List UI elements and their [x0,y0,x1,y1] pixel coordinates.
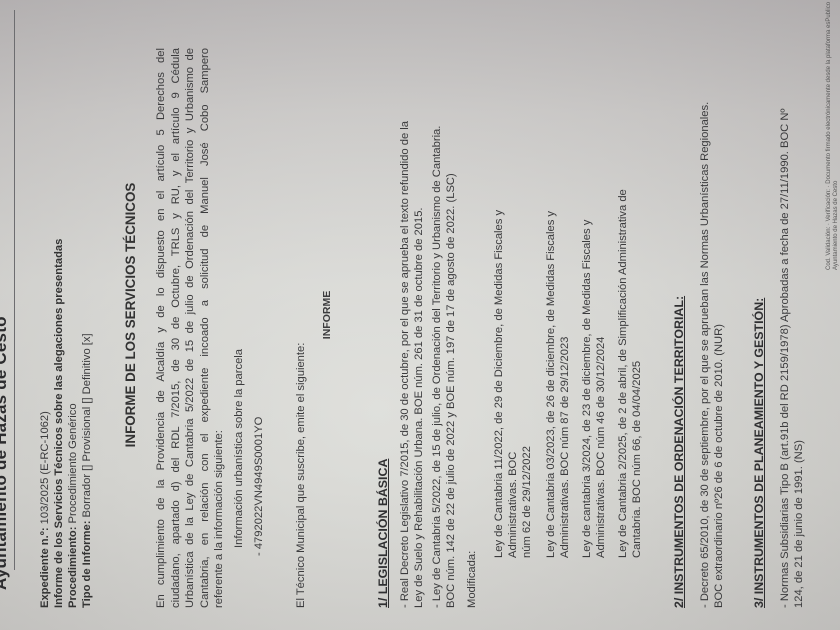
planeamiento-item: - Normas Subsidiarias Tipo B (art.91b de… [778,18,806,608]
expediente-line: Expediente n.º: 103/2025 (E-RC-1062) [38,28,52,608]
page-header-title: Ayuntamiento de Hazas de Cesto [0,316,8,590]
footer-validation-note: Cod. Validación: · Verificación: · Docum… [826,10,840,270]
tipo-informe-line: Tipo de Informe: Borrador [] Provisional… [80,28,94,608]
section-title-ordenacion-territorial: 2/ INSTRUMENTOS DE ORDENACIÓN TERRITORIA… [672,296,686,608]
modification-item: Ley de Cantabria 03/2023, de 26 de dicie… [544,38,572,558]
procedimiento-line: Procedimiento: Procedimiento Genérico [66,28,80,608]
cadastral-reference: - 4792022VN4949S0001YO [252,417,266,556]
document-metadata: Expediente n.º: 103/2025 (E-RC-1062) Inf… [38,28,94,608]
modification-item: Ley de Cantabria 11/2022, de 29 de Dicie… [492,38,534,558]
section-title-planeamiento-gestion: 3/ INSTRUMENTOS DE PLANEAMIENTO Y GESTIÓ… [752,298,766,608]
modification-item: Ley de cantabria 3/2024, de 23 de diciem… [580,38,608,558]
legislation-item: - Real Decreto Legislativo 7/2015, de 30… [398,48,426,608]
document-heading: INFORME DE LOS SERVICIOS TÉCNICOS [124,0,138,630]
document-page: Ayuntamiento de Hazas de Cesto Expedient… [0,0,840,630]
legislation-item: - Ley de Cantabria 5/2022, de 15 de juli… [430,48,458,608]
informe-line: Informe de los Servicios Técnicos sobre … [52,28,66,608]
modification-item: Ley de Cantabria 2/2025, de 2 de abril, … [616,38,644,558]
header-divider [14,10,15,570]
intro-paragraph: En cumplimiento de la Providencia de Alc… [154,48,227,608]
ordenacion-item: - Decreto 65/2010, de 30 de septiembre, … [698,28,726,608]
modificada-label: Modificada: [465,551,479,608]
informe-heading: INFORME [320,0,334,630]
info-label: Información urbanística sobre la parcela [232,349,246,548]
tecnico-statement: El Técnico Municipal que suscribe, emite… [294,343,308,608]
section-title-legislacion-basica: 1/ LEGISLACIÓN BÁSICA [376,459,390,608]
